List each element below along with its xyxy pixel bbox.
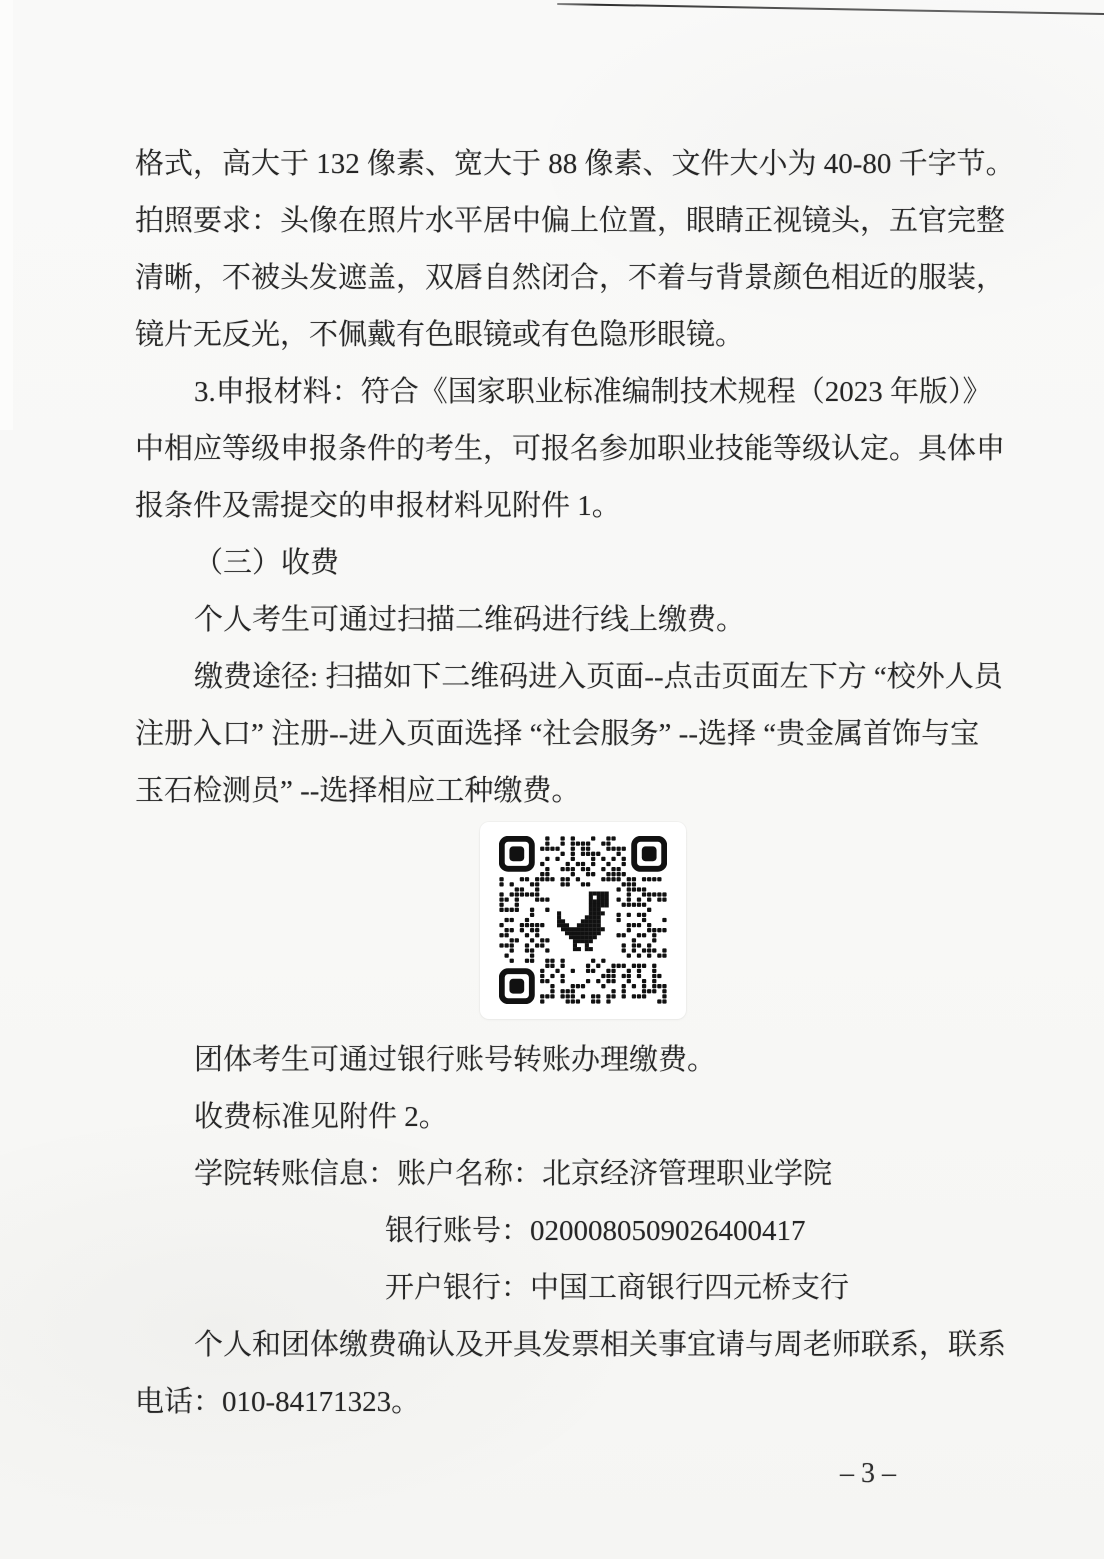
text-line: （三）收费 (135, 535, 1044, 592)
scan-edge-highlight (0, 0, 13, 430)
text-line: 镜片无反光，不佩戴有色眼镜或有色隐形眼镜。 (135, 307, 1044, 364)
text-line: 缴费途径: 扫描如下二维码进入页面--点击页面左下方 “校外人员 (135, 649, 1044, 706)
text-line: 格式，高大于 132 像素、宽大于 88 像素、文件大小为 40-80 千字节。 (135, 136, 1044, 193)
body-text-upper: 格式，高大于 132 像素、宽大于 88 像素、文件大小为 40-80 千字节。… (135, 136, 1044, 820)
body-text-lower: 团体考生可通过银行账号转账办理缴费。收费标准见附件 2。学院转账信息：账户名称：… (135, 1032, 1044, 1431)
text-line: 个人考生可通过扫描二维码进行线上缴费。 (135, 592, 1044, 649)
text-line: 银行账号：0200080509026400417 (135, 1203, 1044, 1260)
text-line: 报条件及需提交的申报材料见附件 1。 (135, 478, 1044, 535)
text-line: 收费标准见附件 2。 (135, 1089, 1044, 1146)
text-line: 注册入口” 注册--进入页面选择 “社会服务” --选择 “贵金属首饰与宝 (135, 706, 1044, 763)
text-line: 清晰，不被头发遮盖，双唇自然闭合，不着与背景颜色相近的服装， (135, 250, 1044, 307)
payment-qr-code (480, 822, 686, 1019)
scan-artifact-line (557, 3, 1104, 15)
text-line: 中相应等级申报条件的考生，可报名参加职业技能等级认定。具体申 (135, 421, 1044, 478)
text-line: 学院转账信息：账户名称：北京经济管理职业学院 (135, 1146, 1044, 1203)
text-line: 个人和团体缴费确认及开具发票相关事宜请与周老师联系，联系 (135, 1317, 1044, 1374)
text-line: 拍照要求：头像在照片水平居中偏上位置，眼睛正视镜头，五官完整 (135, 193, 1044, 250)
page-number: – 3 – (840, 1458, 896, 1490)
scanned-document-page: 格式，高大于 132 像素、宽大于 88 像素、文件大小为 40-80 千字节。… (0, 0, 1104, 1559)
text-line: 开户银行：中国工商银行四元桥支行 (135, 1260, 1044, 1317)
text-line: 玉石检测员” --选择相应工种缴费。 (135, 763, 1044, 820)
text-line: 3.申报材料：符合《国家职业标准编制技术规程（2023 年版）》 (135, 364, 1044, 421)
text-line: 团体考生可通过银行账号转账办理缴费。 (135, 1032, 1044, 1089)
qr-pattern-with-dino-icon (499, 836, 667, 1004)
text-line: 电话：010-84171323。 (135, 1374, 1044, 1431)
